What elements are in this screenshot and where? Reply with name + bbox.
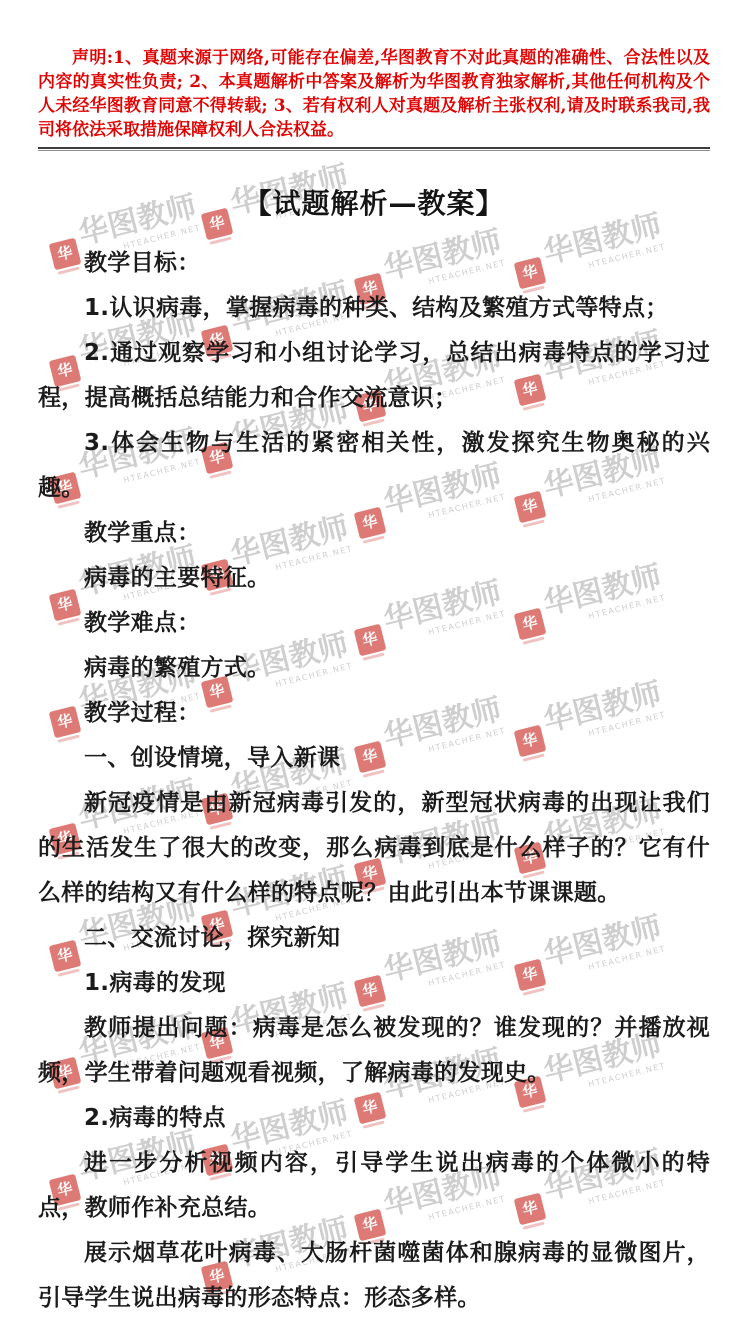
paragraph: 一、创设情境，导入新课 bbox=[38, 736, 710, 781]
paragraph: 1.病毒的发现 bbox=[38, 961, 710, 1006]
doc-title: 【试题解析—教案】 bbox=[38, 184, 710, 224]
disclaimer: 声明:1、真题来源于网络,可能存在偏差,华图教育不对此真题的准确性、合法性以及内… bbox=[38, 46, 710, 142]
disclaimer-label: 声明: bbox=[72, 48, 113, 68]
paragraph: 2.通过观察学习和小组讨论学习，总结出病毒特点的学习过程，提高概括总结能力和合作… bbox=[38, 331, 710, 421]
document-content: 声明:1、真题来源于网络,可能存在偏差,华图教育不对此真题的准确性、合法性以及内… bbox=[0, 0, 748, 1321]
paragraph: 2.病毒的特点 bbox=[38, 1096, 710, 1141]
paragraph: 病毒的繁殖方式。 bbox=[38, 646, 710, 691]
paragraph: 进一步分析视频内容，引导学生说出病毒的个体微小的特点，教师作补充总结。 bbox=[38, 1141, 710, 1231]
paragraph: 教学重点： bbox=[38, 511, 710, 556]
paragraph: 教学难点： bbox=[38, 601, 710, 646]
paragraph: 教师提出问题：病毒是怎么被发现的？谁发现的？并播放视频，学生带着问题观看视频，了… bbox=[38, 1006, 710, 1096]
document-body: 教学目标： 1.认识病毒，掌握病毒的种类、结构及繁殖方式等特点； 2.通过观察学… bbox=[38, 241, 710, 1321]
paragraph: 新冠疫情是由新冠病毒引发的，新型冠状病毒的出现让我们的生活发生了很大的改变，那么… bbox=[38, 781, 710, 916]
paragraph: 1.认识病毒，掌握病毒的种类、结构及繁殖方式等特点； bbox=[38, 286, 710, 331]
disclaimer-text: 1、真题来源于网络,可能存在偏差,华图教育不对此真题的准确性、合法性以及内容的真… bbox=[38, 48, 710, 140]
paragraph: 二、交流讨论，探究新知 bbox=[38, 916, 710, 961]
separator-line bbox=[38, 147, 710, 151]
page: 华 华图教师 HTEACHER.NET 华 华图教师 HTEACHER.NET … bbox=[0, 0, 748, 1335]
paragraph: 教学过程： bbox=[38, 691, 710, 736]
paragraph: 3.体会生物与生活的紧密相关性，激发探究生物奥秘的兴趣。 bbox=[38, 421, 710, 511]
paragraph: 展示烟草花叶病毒、大肠杆菌噬菌体和腺病毒的显微图片，引导学生说出病毒的形态特点：… bbox=[38, 1231, 710, 1321]
paragraph: 病毒的主要特征。 bbox=[38, 556, 710, 601]
paragraph: 教学目标： bbox=[38, 241, 710, 286]
